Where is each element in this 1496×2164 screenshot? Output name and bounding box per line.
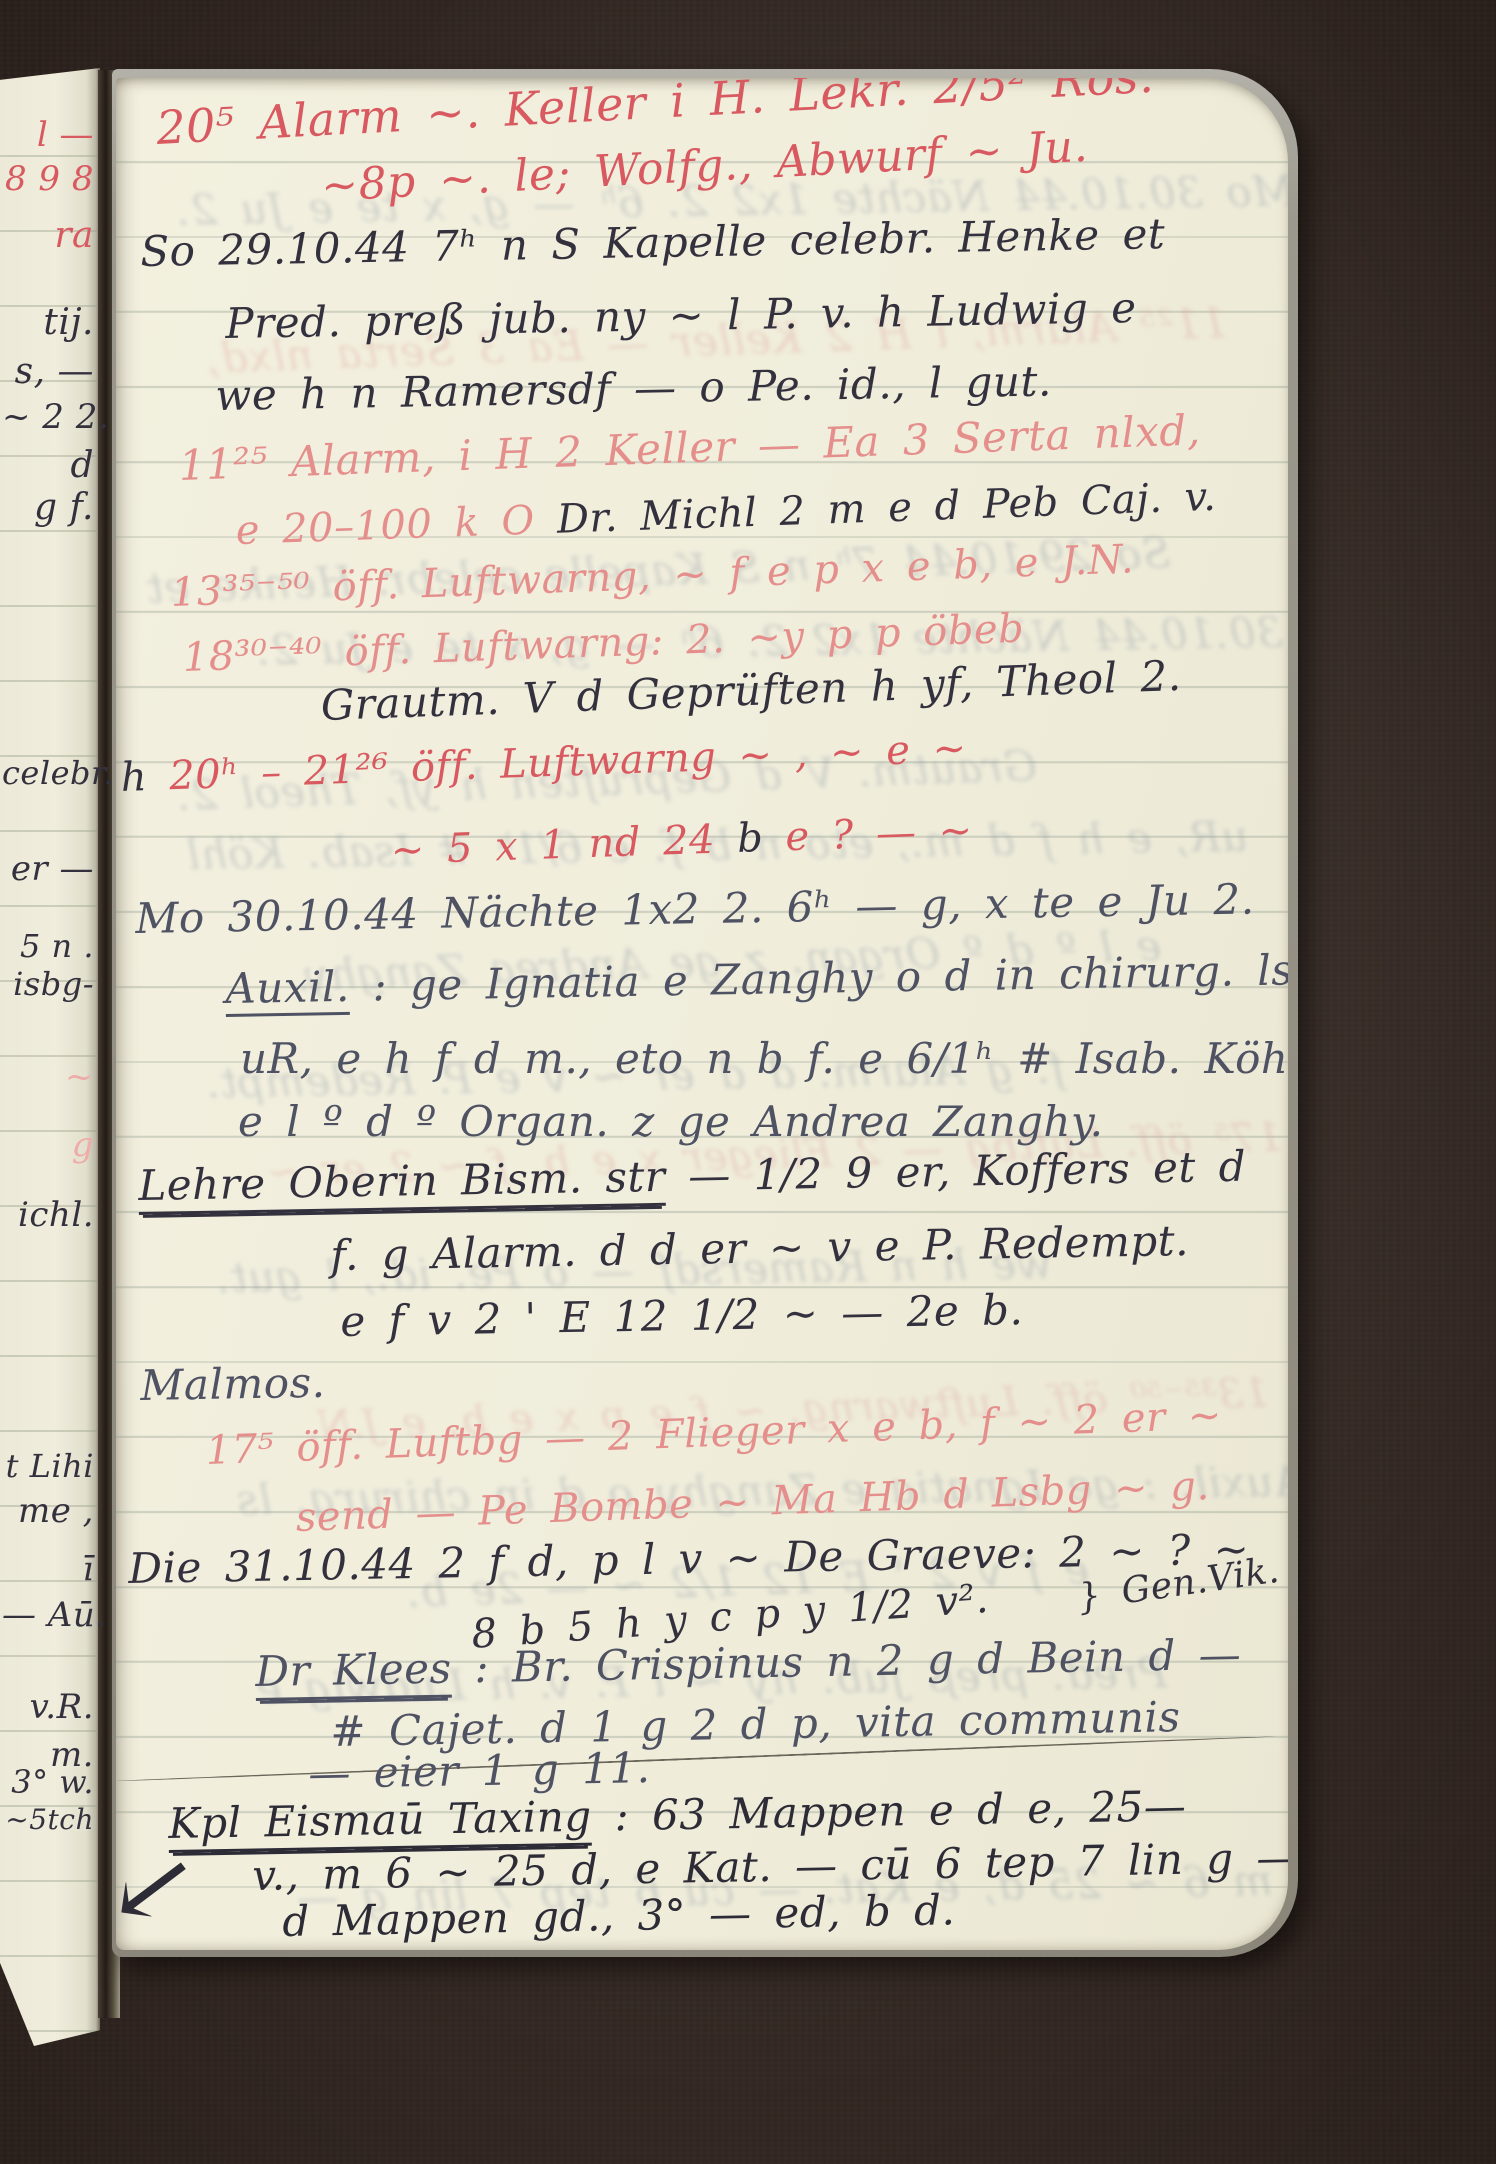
handwritten-text: e ? — ~ bbox=[762, 808, 973, 861]
handwritten-text: Dr. Michl 2 m e d Peb Caj. v. bbox=[556, 474, 1217, 543]
handwritten-line: So 29.10.44 7ʰ n S Kapelle celebr. Henke… bbox=[140, 210, 1166, 276]
handwritten-text: — 1/2 9 er, Koffers et d bbox=[665, 1142, 1246, 1201]
handwritten-text: So 29.10.44 7ʰ n S Kapelle celebr. Henke… bbox=[140, 209, 1166, 276]
handwritten-line: f. g Alarm. d d er ~ v e P. Redempt. bbox=[330, 1217, 1189, 1280]
handwritten-text: Lehre Oberin Bism. str bbox=[138, 1152, 666, 1215]
handwritten-line: Mo 30.10.44 Nächte 1x2 2. 6ʰ — g, x te e… bbox=[135, 875, 1255, 943]
handwritten-text: Malmos. bbox=[140, 1358, 326, 1410]
handwritten-text: we h n Ramersdf — o Pe. id., l gut. bbox=[215, 356, 1052, 420]
handwriting-layer: 20⁵ Alarm ~. Keller i H. Lekr. 2/5² Ros.… bbox=[116, 78, 1288, 1950]
handwritten-text: e l º d º Organ. z ge Andrea Zanghy. bbox=[238, 1097, 1103, 1146]
handwritten-text: ~ 5 x 1 nd 24 bbox=[390, 816, 738, 874]
margin-arrow-icon: ↙ bbox=[116, 1828, 204, 1943]
handwritten-line: Lehre Oberin Bism. str — 1/2 9 er, Koffe… bbox=[138, 1143, 1246, 1211]
handwritten-line: we h n Ramersdf — o Pe. id., l gut. bbox=[215, 357, 1052, 420]
handwritten-line: h 20ʰ – 21²⁶ öff. Luftwarng ~ , ~ e ~ bbox=[120, 725, 967, 801]
handwritten-line: Pred. preß jub. ny ~ l P. v. h Ludwig e bbox=[225, 284, 1137, 348]
handwritten-text: e 20–100 k O bbox=[235, 497, 558, 554]
handwritten-line: Malmos. bbox=[140, 1359, 326, 1411]
handwritten-text: Auxil. bbox=[225, 962, 350, 1017]
handwritten-line: d Mappen gd., 3° — ed, b d. bbox=[282, 1886, 956, 1946]
handwritten-line: e l º d º Organ. z ge Andrea Zanghy. bbox=[238, 1098, 1103, 1146]
handwritten-line: 17⁵ öff. Luftbg — 2 Flieger x e b, f ~ 2… bbox=[205, 1393, 1223, 1474]
handwritten-text: : 63 Mappen e d e, 25— bbox=[591, 1781, 1186, 1840]
handwritten-line: — eier 1 g 11. bbox=[308, 1744, 651, 1798]
handwritten-text: Kpl Eismaū Taxing bbox=[168, 1792, 592, 1853]
handwritten-line: uR, e h f d m., eto n b f. e 6/1ʰ # Isab… bbox=[240, 1035, 1288, 1083]
handwritten-text: Pred. preß jub. ny ~ l P. v. h Ludwig e bbox=[225, 283, 1137, 348]
ruled-lines bbox=[0, 68, 100, 2046]
handwritten-text: e f v 2 ' E 12 1/2 ~ — 2e b. bbox=[340, 1285, 1024, 1346]
handwritten-text: f. g Alarm. d d er ~ v e P. Redempt. bbox=[330, 1216, 1189, 1280]
handwritten-line: ~ 5 x 1 nd 24 b e ? — ~ bbox=[390, 808, 973, 874]
handwritten-text: Dr Klees bbox=[255, 1644, 452, 1701]
diary-scan-photo: { "inks": { "red": "#d85a60", "red2": "#… bbox=[0, 0, 1496, 2164]
handwritten-text: Mo 30.10.44 Nächte 1x2 2. 6ʰ — g, x te e… bbox=[135, 874, 1255, 943]
handwritten-line: Auxil. : ge Ignatia e Zanghy o d in chir… bbox=[225, 946, 1288, 1013]
previous-page-edge bbox=[0, 68, 100, 2046]
handwritten-text: : ge Ignatia e Zanghy o d in chirurg. ls bbox=[349, 945, 1288, 1010]
handwritten-line: 11²⁵ Alarm, i H 2 Keller — Ea 3 Serta nl… bbox=[178, 406, 1201, 490]
diary-page: Mo 30.10.44 Nächte 1x2 2. 6ʰ — g, x te e… bbox=[116, 78, 1288, 1950]
handwritten-text: uR, e h f d m., eto n b f. e 6/1ʰ # Isab… bbox=[240, 1034, 1288, 1083]
handwritten-text: — eier 1 g 11. bbox=[308, 1743, 651, 1798]
handwritten-text: h bbox=[120, 753, 170, 801]
handwritten-text: b bbox=[736, 815, 764, 862]
handwritten-text: 20ʰ – 21²⁶ öff. Luftwarng ~ , ~ e ~ bbox=[168, 725, 967, 799]
handwritten-line: e f v 2 ' E 12 1/2 ~ — 2e b. bbox=[340, 1286, 1024, 1346]
handwritten-line: Dr Klees : Br. Crispinus n 2 g d Bein d … bbox=[255, 1631, 1242, 1696]
handwritten-text: 17⁵ öff. Luftbg — 2 Flieger x e b, f ~ 2… bbox=[205, 1393, 1223, 1474]
handwritten-text: d Mappen gd., 3° — ed, b d. bbox=[282, 1885, 956, 1946]
